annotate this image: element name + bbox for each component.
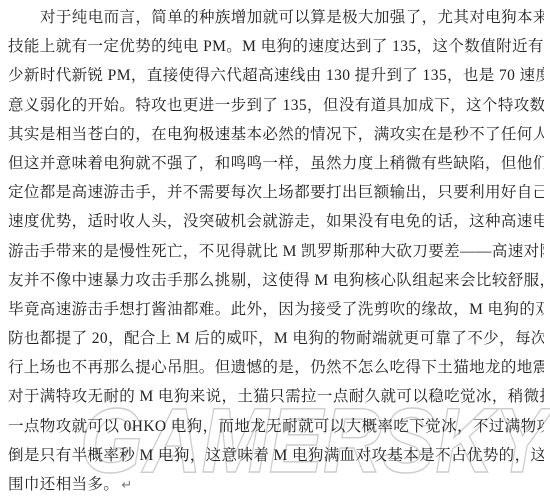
text-line: 但这并意味着电狗就不强了，和鸣鸣一样，虽然力度上稍微有些缺陷，但他们的 xyxy=(8,149,544,178)
text-line: 定位都是高速游击手，并不需要每次上场都要打出巨额输出，只要利用好自己的 xyxy=(8,178,544,207)
text-line-content: 围巾还相当多。 xyxy=(8,476,119,493)
text-line: 速度优势，适时收人头，没突破机会就游走，如果没有电免的话，这种高速电系 xyxy=(8,207,544,236)
text-line: 其实是相当苍白的，在电狗极速基本必然的情况下，满攻实在是秒不了任何人， xyxy=(8,120,544,149)
article-text: 对于纯电而言，简单的种族增加就可以算是极大加强了，尤其对电狗本来在 技能上就有一… xyxy=(8,3,544,499)
text-line: 防也都提了 20，配合上 M 后的威吓，M 电狗的物耐端就更可靠了不少，每次强 xyxy=(8,324,544,353)
document-page: GAMERSKY 对于纯电而言，简单的种族增加就可以算是极大加强了，尤其对电狗本… xyxy=(0,0,550,499)
text-line: 意义弱化的开始。特攻也更进一步到了 135，但没有道具加成下，这个特攻数值 xyxy=(8,91,544,120)
text-line: 行上场也不再那么提心吊胆。但遗憾的是，仍然不怎么吃得下土猫地龙的地震， xyxy=(8,353,544,382)
text-line: 一点物攻就可以 0HKO 电狗，而地龙无耐就可以大概率吃下觉冰，不过满物攻 xyxy=(8,412,544,441)
paragraph-return-mark: ↵ xyxy=(121,478,132,493)
text-line: 对于纯电而言，简单的种族增加就可以算是极大加强了，尤其对电狗本来在 xyxy=(8,3,544,32)
text-line: 对于满特攻无耐的 M 电狗来说，土猫只需拉一点耐久就可以稳吃觉冰，稍微拉 xyxy=(8,382,544,411)
text-line: 毕竟高速游击手想打酱油都难。此外，因为接受了洗剪吹的缘故，M 电狗的双 xyxy=(8,295,544,324)
text-line: 少新时代新锐 PM，直接使得六代超高速线由 130 提升到了 135，也是 70… xyxy=(8,61,544,90)
text-line: 倒是只有半概率秒 M 电狗，这意味着 M 电狗满血对攻基本是不占优势的，这俩 xyxy=(8,441,544,470)
text-line: 友并不像中速暴力攻击手那么挑剔，这使得 M 电狗核心队组起来会比较舒服， xyxy=(8,266,544,295)
text-line: 围巾还相当多。↵ xyxy=(8,470,544,499)
text-line: 技能上就有一定优势的纯电 PM。M 电狗的速度达到了 135，这个数值附近有不 xyxy=(8,32,544,61)
text-line: 游击手带来的是慢性死亡，不见得就比 M 凯罗斯那种大砍刀要差——高速对队 xyxy=(8,237,544,266)
